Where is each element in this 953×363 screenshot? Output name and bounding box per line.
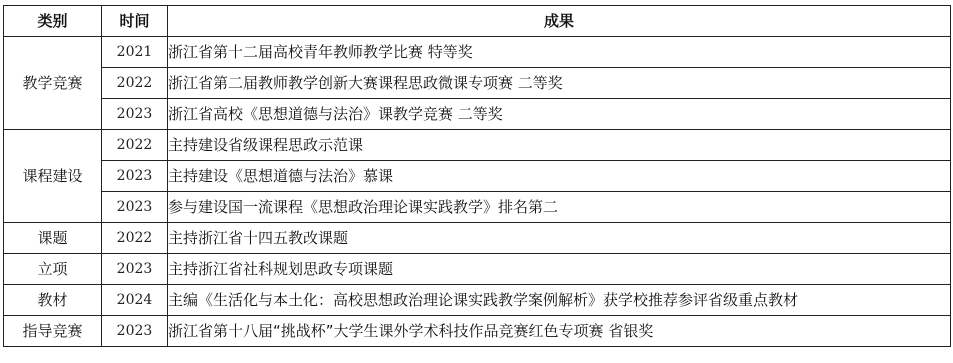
category-cell-line-1: 课题 <box>4 223 102 254</box>
header-category: 类别 <box>4 6 102 37</box>
table-row: 2022 浙江省第二届教师教学创新大赛课程思政微课专项赛 二等奖 <box>4 68 951 99</box>
table-row: 课程建设 2022 主持建设省级课程思政示范课 <box>4 130 951 161</box>
table-row: 教材 2024 主编《生活化与本土化：高校思想政治理论课实践教学案例解析》获学校… <box>4 285 951 316</box>
header-result: 成果 <box>168 6 951 37</box>
table-row: 2023 参与建设国一流课程《思想政治理论课实践教学》排名第二 <box>4 192 951 223</box>
category-cell: 指导竞赛 <box>4 316 102 347</box>
year-cell: 2024 <box>102 285 168 316</box>
year-cell: 2023 <box>102 254 168 285</box>
header-year: 时间 <box>102 6 168 37</box>
year-cell: 2022 <box>102 130 168 161</box>
category-cell-line-2: 立项 <box>4 254 102 285</box>
result-cell: 浙江省第十二届高校青年教师教学比赛 特等奖 <box>168 37 951 68</box>
table-row: 2023 主持建设《思想道德与法治》慕课 <box>4 161 951 192</box>
year-cell: 2023 <box>102 192 168 223</box>
year-cell: 2021 <box>102 37 168 68</box>
table-row: 课题 2022 主持浙江省十四五教改课题 <box>4 223 951 254</box>
year-cell: 2023 <box>102 316 168 347</box>
year-cell: 2022 <box>102 223 168 254</box>
result-cell: 主编《生活化与本土化：高校思想政治理论课实践教学案例解析》获学校推荐参评省级重点… <box>168 285 951 316</box>
table-row: 2023 浙江省高校《思想道德与法治》课教学竞赛 二等奖 <box>4 99 951 130</box>
result-cell: 浙江省第二届教师教学创新大赛课程思政微课专项赛 二等奖 <box>168 68 951 99</box>
result-cell: 主持建设《思想道德与法治》慕课 <box>168 161 951 192</box>
year-cell: 2022 <box>102 68 168 99</box>
result-cell: 浙江省高校《思想道德与法治》课教学竞赛 二等奖 <box>168 99 951 130</box>
result-cell: 浙江省第十八届“挑战杯”大学生课外学术科技作品竞赛红色专项赛 省银奖 <box>168 316 951 347</box>
table-row: 指导竞赛 2023 浙江省第十八届“挑战杯”大学生课外学术科技作品竞赛红色专项赛… <box>4 316 951 347</box>
category-cell: 教材 <box>4 285 102 316</box>
year-cell: 2023 <box>102 161 168 192</box>
result-cell: 主持浙江省社科规划思政专项课题 <box>168 254 951 285</box>
year-cell: 2023 <box>102 99 168 130</box>
header-row: 类别 时间 成果 <box>4 6 951 37</box>
result-cell: 参与建设国一流课程《思想政治理论课实践教学》排名第二 <box>168 192 951 223</box>
table-row: 立项 2023 主持浙江省社科规划思政专项课题 <box>4 254 951 285</box>
result-cell: 主持建设省级课程思政示范课 <box>168 130 951 161</box>
category-cell: 课程建设 <box>4 130 102 223</box>
achievements-table: 类别 时间 成果 教学竞赛 2021 浙江省第十二届高校青年教师教学比赛 特等奖… <box>3 5 951 347</box>
category-cell: 教学竞赛 <box>4 37 102 130</box>
result-cell: 主持浙江省十四五教改课题 <box>168 223 951 254</box>
table-row: 教学竞赛 2021 浙江省第十二届高校青年教师教学比赛 特等奖 <box>4 37 951 68</box>
